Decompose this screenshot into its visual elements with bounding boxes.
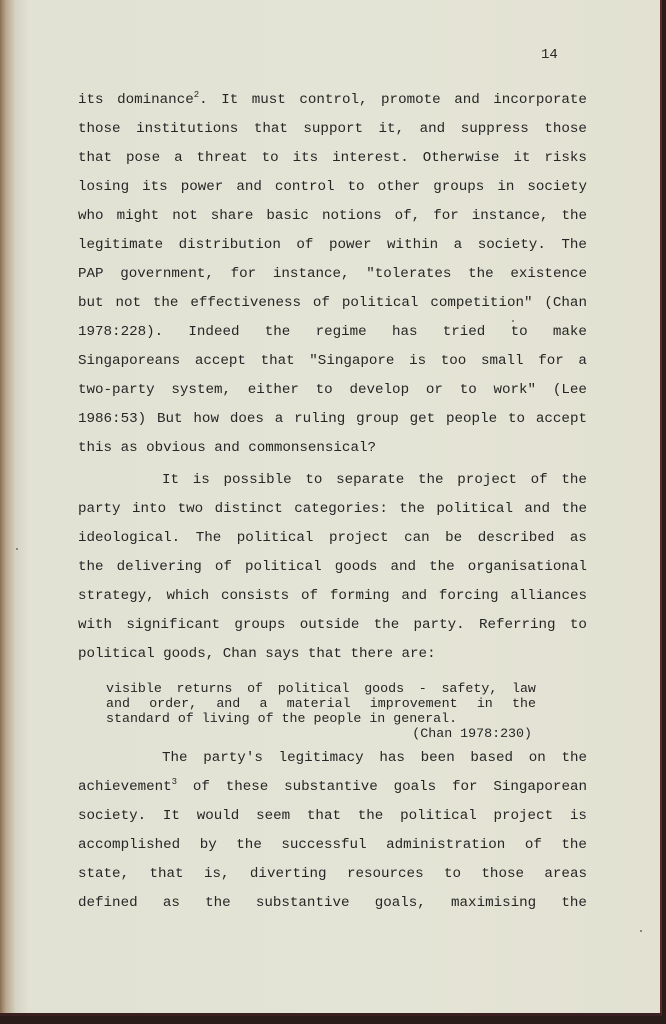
text-line: 1978:228).Indeedtheregimehastriedtomake <box>78 318 587 347</box>
text-line: withsignificantgroupsoutsidetheparty.Ref… <box>78 611 587 640</box>
text-line: strategy,whichconsistsofformingandforcin… <box>78 582 587 611</box>
paragraph-3: Theparty'slegitimacyhasbeenbasedontheach… <box>78 744 587 918</box>
block-quote: visiblereturnsofpoliticalgoods-safety,la… <box>106 681 536 741</box>
text-line: two-partysystem,eithertodeveloportowork"… <box>78 376 587 405</box>
text-line: partyintotwodistinctcategories:thepoliti… <box>78 495 587 524</box>
document-page: 14 itsdominance2.Itmustcontrol,promotean… <box>0 0 662 1016</box>
text-line: achievement3ofthesesubstantivegoalsforSi… <box>78 773 587 802</box>
paper-speck <box>16 548 18 550</box>
text-line: definedasthesubstantivegoals,maximisingt… <box>78 889 587 918</box>
quote-line: visiblereturnsofpoliticalgoods-safety,la… <box>106 681 536 696</box>
text-line: Singaporeansacceptthat"Singaporeistoosma… <box>78 347 587 376</box>
text-line: butnottheeffectivenessofpoliticalcompeti… <box>78 289 587 318</box>
page-number: 14 <box>541 47 558 63</box>
text-line: Itispossibletoseparatetheprojectofthe <box>78 466 587 495</box>
text-line: legitimatedistributionofpowerwithinasoci… <box>78 231 587 260</box>
footnote-marker[interactable]: 2 <box>194 90 199 100</box>
text-line: state,thatis,divertingresourcestothosear… <box>78 860 587 889</box>
paragraph-1: itsdominance2.Itmustcontrol,promoteandin… <box>78 86 587 463</box>
text-line: 1986:53)Buthowdoesarulinggroupgetpeoplet… <box>78 405 587 434</box>
text-line: Theparty'slegitimacyhasbeenbasedonthe <box>78 744 587 773</box>
quote-citation: (Chan 1978:230) <box>106 726 536 741</box>
text-line: ideological.Thepoliticalprojectcanbedesc… <box>78 524 587 553</box>
text-line: this as obvious and commonsensical? <box>78 434 587 463</box>
text-line: losingitspowerandcontroltoothergroupsins… <box>78 173 587 202</box>
paragraph-2: Itispossibletoseparatetheprojectofthepar… <box>78 466 587 669</box>
quote-line: andorder,andamaterialimprovementinthe <box>106 696 536 711</box>
text-line: accomplishedbythesuccessfuladministratio… <box>78 831 587 860</box>
text-line: PAPgovernment,forinstance,"toleratesthee… <box>78 260 587 289</box>
text-line: whomightnotsharebasicnotionsof,forinstan… <box>78 202 587 231</box>
paper-speck <box>512 320 514 322</box>
text-line: thedeliveringofpoliticalgoodsandtheorgan… <box>78 553 587 582</box>
text-line: thoseinstitutionsthatsupportit,andsuppre… <box>78 115 587 144</box>
paper-speck <box>640 930 642 932</box>
text-line: political goods, Chan says that there ar… <box>78 640 587 669</box>
text-line: thatposeathreattoitsinterest.Otherwiseit… <box>78 144 587 173</box>
footnote-marker[interactable]: 3 <box>172 777 177 787</box>
text-line: itsdominance2.Itmustcontrol,promoteandin… <box>78 86 587 115</box>
quote-line: standard of living of the people in gene… <box>106 711 536 726</box>
text-line: society.Itwouldseemthatthepoliticalproje… <box>78 802 587 831</box>
